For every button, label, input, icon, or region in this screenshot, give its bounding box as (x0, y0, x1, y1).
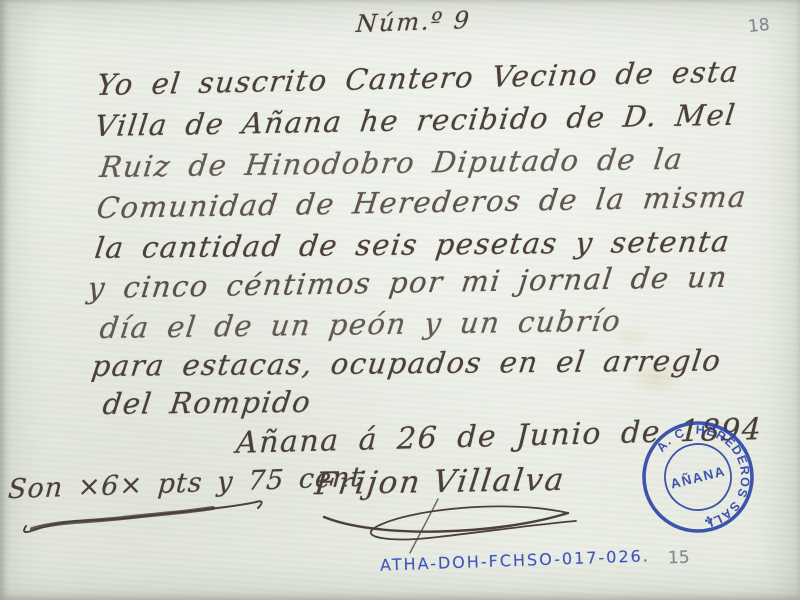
body-line: Villa de Añana he recibido de D. Mel (95, 98, 737, 143)
amount-underline-flourish (18, 496, 278, 538)
folio-number-pencil: 18 (747, 15, 771, 37)
scanned-receipt-page: Núm.º 9 18 Yo el suscrito Cantero Vecino… (0, 0, 800, 600)
body-line: Ruiz de Hinodobro Diputado de la (100, 142, 684, 184)
body-line: y cinco céntimos por mi jornal de un (88, 260, 728, 305)
body-line: la cantidad de seis pesetas y setenta (95, 224, 731, 265)
body-line: Comunidad de Herederos de la misma (97, 180, 748, 225)
stamp-center-text: AÑANA (669, 463, 727, 491)
receipt-number-heading: Núm.º 9 (355, 6, 472, 38)
body-line: Yo el suscrito Cantero Vecino de esta (97, 55, 740, 102)
signature-rubric-flourish (318, 497, 588, 555)
page-number-pencil: 15 (668, 548, 690, 569)
body-line: día el de un peón y un cubrío (100, 304, 622, 345)
body-line: para estacas, ocupados en el arreglo (92, 344, 722, 383)
body-line: del Rompido (103, 385, 312, 421)
